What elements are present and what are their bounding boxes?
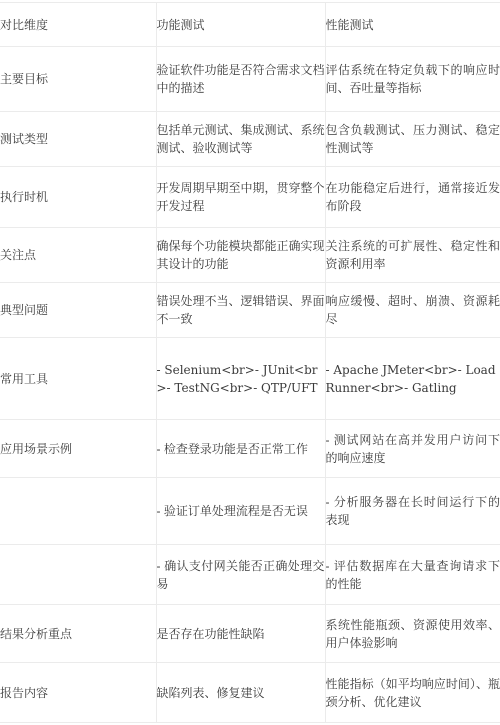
dimension-cell: 典型问题	[0, 283, 156, 338]
functional-cell: - 验证订单处理流程是否无误	[156, 478, 325, 545]
table-row: 主要目标 验证软件功能是否符合需求文档中的描述 评估系统在特定负载下的响应时间、…	[0, 47, 500, 112]
dimension-cell: 测试类型	[0, 112, 156, 167]
functional-cell: - Selenium<br>- JUnit<br>- TestNG<br>- Q…	[156, 338, 325, 420]
performance-cell: 响应缓慢、超时、崩溃、资源耗尽	[325, 283, 500, 338]
header-row: 对比维度 功能测试 性能测试	[0, 3, 500, 47]
functional-cell: - 检查登录功能是否正常工作	[156, 420, 325, 478]
table-row: 测试类型 包括单元测试、集成测试、系统测试、验收测试等 包含负载测试、压力测试、…	[0, 112, 500, 167]
functional-cell: 开发周期早期至中期，贯穿整个开发过程	[156, 167, 325, 228]
dimension-cell-empty	[0, 478, 156, 545]
functional-cell: 是否存在功能性缺陷	[156, 605, 325, 663]
dimension-cell: 主要目标	[0, 47, 156, 112]
functional-cell: 缺陷列表、修复建议	[156, 663, 325, 723]
table-row: 典型问题 错误处理不当、逻辑错误、界面不一致 响应缓慢、超时、崩溃、资源耗尽	[0, 283, 500, 338]
performance-cell: - 评估数据库在大量查询请求下的性能	[325, 545, 500, 605]
table-row: 结果分析重点 是否存在功能性缺陷 系统性能瓶颈、资源使用效率、用户体验影响	[0, 605, 500, 663]
column-header-performance: 性能测试	[325, 3, 500, 47]
dimension-cell: 应用场景示例	[0, 420, 156, 478]
column-header-dimension: 对比维度	[0, 3, 156, 47]
comparison-table: 对比维度 功能测试 性能测试 主要目标 验证软件功能是否符合需求文档中的描述 评…	[0, 2, 500, 723]
table-row: 执行时机 开发周期早期至中期，贯穿整个开发过程 在功能稳定后进行，通常接近发布阶…	[0, 167, 500, 228]
table-row: 应用场景示例 - 检查登录功能是否正常工作 - 测试网站在高并发用户访问下的响应…	[0, 420, 500, 478]
performance-cell: - 分析服务器在长时间运行下的表现	[325, 478, 500, 545]
performance-cell: 评估系统在特定负载下的响应时间、吞吐量等指标	[325, 47, 500, 112]
column-header-functional: 功能测试	[156, 3, 325, 47]
performance-cell: - Apache JMeter<br>- LoadRunner<br>- Gat…	[325, 338, 500, 420]
functional-cell: 包括单元测试、集成测试、系统测试、验收测试等	[156, 112, 325, 167]
table-row: 关注点 确保每个功能模块都能正确实现其设计的功能 关注系统的可扩展性、稳定性和资…	[0, 228, 500, 283]
performance-cell: 性能指标（如平均响应时间）、瓶颈分析、优化建议	[325, 663, 500, 723]
functional-cell: 确保每个功能模块都能正确实现其设计的功能	[156, 228, 325, 283]
performance-cell: 关注系统的可扩展性、稳定性和资源利用率	[325, 228, 500, 283]
table-row: - 验证订单处理流程是否无误 - 分析服务器在长时间运行下的表现	[0, 478, 500, 545]
dimension-cell: 报告内容	[0, 663, 156, 723]
table-row: 报告内容 缺陷列表、修复建议 性能指标（如平均响应时间）、瓶颈分析、优化建议	[0, 663, 500, 723]
table-row: - 确认支付网关能否正确处理交易 - 评估数据库在大量查询请求下的性能	[0, 545, 500, 605]
dimension-cell-empty	[0, 545, 156, 605]
performance-cell: 在功能稳定后进行，通常接近发布阶段	[325, 167, 500, 228]
dimension-cell: 关注点	[0, 228, 156, 283]
functional-cell: 验证软件功能是否符合需求文档中的描述	[156, 47, 325, 112]
dimension-cell: 常用工具	[0, 338, 156, 420]
table-row-tools: 常用工具 - Selenium<br>- JUnit<br>- TestNG<b…	[0, 338, 500, 420]
performance-cell: - 测试网站在高并发用户访问下的响应速度	[325, 420, 500, 478]
performance-cell: 包含负载测试、压力测试、稳定性测试等	[325, 112, 500, 167]
functional-cell: 错误处理不当、逻辑错误、界面不一致	[156, 283, 325, 338]
dimension-cell: 执行时机	[0, 167, 156, 228]
performance-cell: 系统性能瓶颈、资源使用效率、用户体验影响	[325, 605, 500, 663]
functional-cell: - 确认支付网关能否正确处理交易	[156, 545, 325, 605]
dimension-cell: 结果分析重点	[0, 605, 156, 663]
